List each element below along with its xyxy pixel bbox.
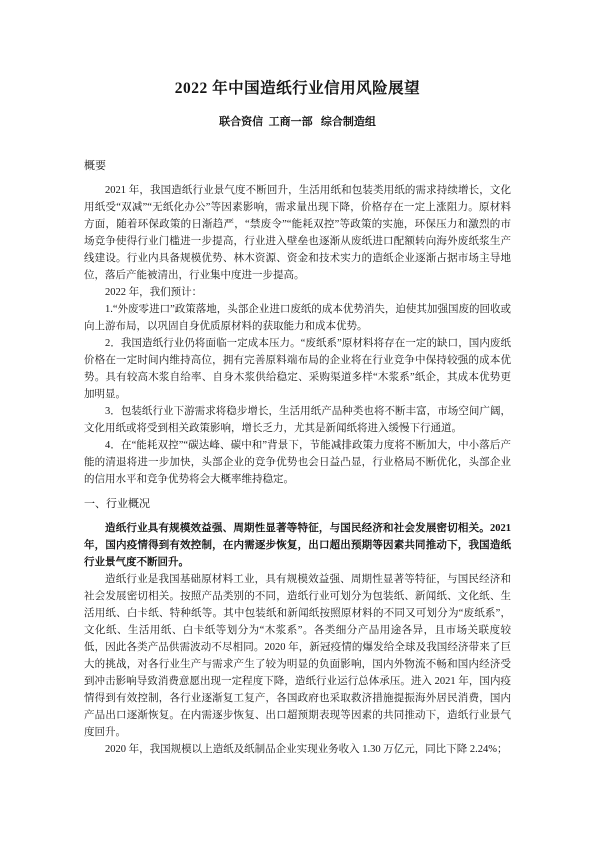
section-lead-paragraph: 造纸行业具有规模效益强、周期性显著等特征，与国民经济和社会发展密切相关。2021… — [84, 520, 511, 571]
body-paragraph-revenue: 2020 年，我国规模以上造纸及纸制品企业实现业务收入 1.30 万亿元，同比下… — [84, 741, 511, 758]
summary-paragraph-forecast-intro: 2022 年，我们预计： — [84, 284, 511, 301]
summary-paragraph-overview: 2021 年，我国造纸行业景气度不断回升，生活用纸和包装类用纸的需求持续增长，文… — [84, 182, 511, 284]
doc-title: 2022 年中国造纸行业信用风险展望 — [84, 78, 511, 99]
summary-forecast-item-4: 4．在“能耗双控”“碳达峰、碳中和”背景下，节能减排政策力度将不断加大，中小落后… — [84, 437, 511, 488]
summary-forecast-item-3: 3．包装纸行业下游需求将稳步增长，生活用纸产品种类也将不断丰富，市场空间广阔，文… — [84, 403, 511, 437]
body-paragraph-industry-description: 造纸行业是我国基础原材料工业，具有规模效益强、周期性显著等特征，与国民经济和社会… — [84, 571, 511, 741]
summary-heading: 概要 — [84, 159, 511, 174]
document-page: 2022 年中国造纸行业信用风险展望 联合资信 工商一部 综合制造组 概要 20… — [0, 0, 595, 842]
section-heading-industry-overview: 一、行业概况 — [84, 496, 511, 513]
summary-forecast-item-2: 2．我国造纸行业仍将面临一定成本压力。“废纸系”原材料将存在一定的缺口，国内废纸… — [84, 335, 511, 403]
doc-byline: 联合资信 工商一部 综合制造组 — [84, 115, 511, 130]
summary-forecast-item-1: 1.“外废零进口”政策落地，头部企业进口废纸的成本优势消失，迫使其加强国废的回收… — [84, 301, 511, 335]
